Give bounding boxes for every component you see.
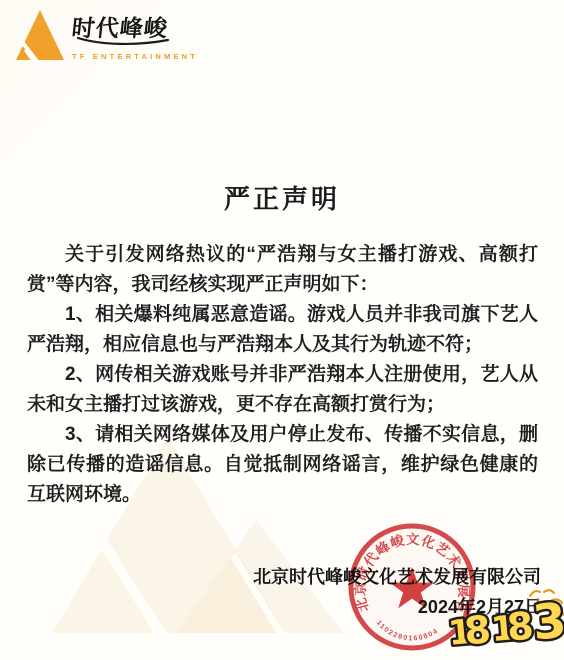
paragraph-item-3: 3、请相关网络媒体及用户停止发布、传播不实信息，删除已传播的造谣信息。自觉抵制网… xyxy=(27,420,538,510)
digit-3: 3 xyxy=(530,593,564,652)
statement-body: 关于引发网络热议的“严浩翔与女主播打游戏、高额打赏”等内容，我司经核实现严正声明… xyxy=(27,240,538,510)
paragraph-intro: 关于引发网络热议的“严浩翔与女主播打游戏、高额打赏”等内容，我司经核实现严正声明… xyxy=(27,240,538,300)
brand-block: 时代峰峻 TF ENTERTAINMENT xyxy=(72,10,198,61)
brush-flourish xyxy=(76,36,171,46)
paragraph-item-1: 1、相关爆料纯属恶意造谣。游戏人员并非我司旗下艺人严浩翔，相应信息也与严浩翔本人… xyxy=(27,300,538,360)
statement-page: 时代峰峻 TF ENTERTAINMENT 严正声明 关于引发网络热议的“严浩翔… xyxy=(0,0,564,660)
site-18183-watermark: 1 8 1 8 3 xyxy=(444,586,564,654)
brand-subtitle: TF ENTERTAINMENT xyxy=(72,52,198,61)
tf-logo-icon xyxy=(8,5,66,65)
statement-title: 严正声明 xyxy=(0,179,564,216)
digit-8a: 8 xyxy=(462,607,492,653)
paragraph-item-2: 2、网传相关游戏账号并非严浩翔本人注册使用，艺人从未和女主播打过该游戏，更不存在… xyxy=(27,360,538,420)
